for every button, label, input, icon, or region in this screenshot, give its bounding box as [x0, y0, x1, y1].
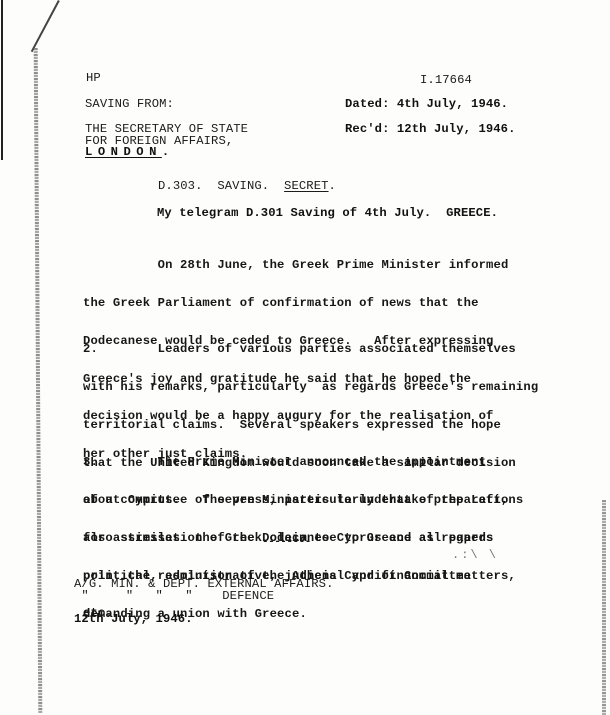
pen-stroke-mark	[31, 0, 60, 52]
sender-city-punct: .	[162, 145, 169, 159]
paragraph-line: with his remarks, particularly as regard…	[83, 381, 538, 394]
section-separator: --------	[262, 536, 311, 548]
right-perforated-edge	[602, 500, 606, 715]
paragraph-line: the Greek Parliament of confirmation of …	[83, 297, 508, 310]
sender-city: LONDON.	[85, 146, 169, 159]
scanned-document-page: HP I.17664 SAVING FROM: Dated: 4th July,…	[0, 0, 610, 715]
classification-mark: SECRET	[284, 179, 328, 193]
scan-edge-line	[1, 0, 3, 160]
reference-line: My telegram D.301 Saving of 4th July. GR…	[157, 207, 498, 220]
pencil-tick-marks: .:\ \	[452, 548, 498, 562]
subject-line: D.303. SAVING. SECRET.	[158, 180, 336, 193]
telegram-type: SAVING.	[217, 179, 269, 193]
paragraph-line: 3. The Prime Minister announced the appo…	[83, 456, 523, 469]
received-line: Rec'd: 12th July, 1946.	[345, 123, 516, 136]
distribution-date: 12th July, 1946.	[74, 613, 193, 626]
saving-from-label: SAVING FROM:	[85, 98, 174, 111]
sender-city-text: LONDON	[85, 145, 162, 159]
paragraph-line: territorial claims. Several speakers exp…	[83, 419, 538, 432]
dated-line: Dated: 4th July, 1946.	[345, 98, 508, 111]
classification-punct: .	[329, 179, 336, 193]
paragraph-line: of a committee of seven Ministers to und…	[83, 494, 523, 507]
paragraph-line: 2. Leaders of various parties associated…	[83, 343, 538, 356]
paragraph-line: On 28th June, the Greek Prime Minister i…	[83, 259, 508, 272]
telegram-code: D.303.	[158, 179, 202, 193]
reference-number: I.17664	[420, 74, 472, 87]
left-perforated-edge	[34, 48, 43, 713]
initials: HP	[86, 72, 101, 85]
distribution-line-2: " " " " DEFENCE	[74, 590, 274, 603]
